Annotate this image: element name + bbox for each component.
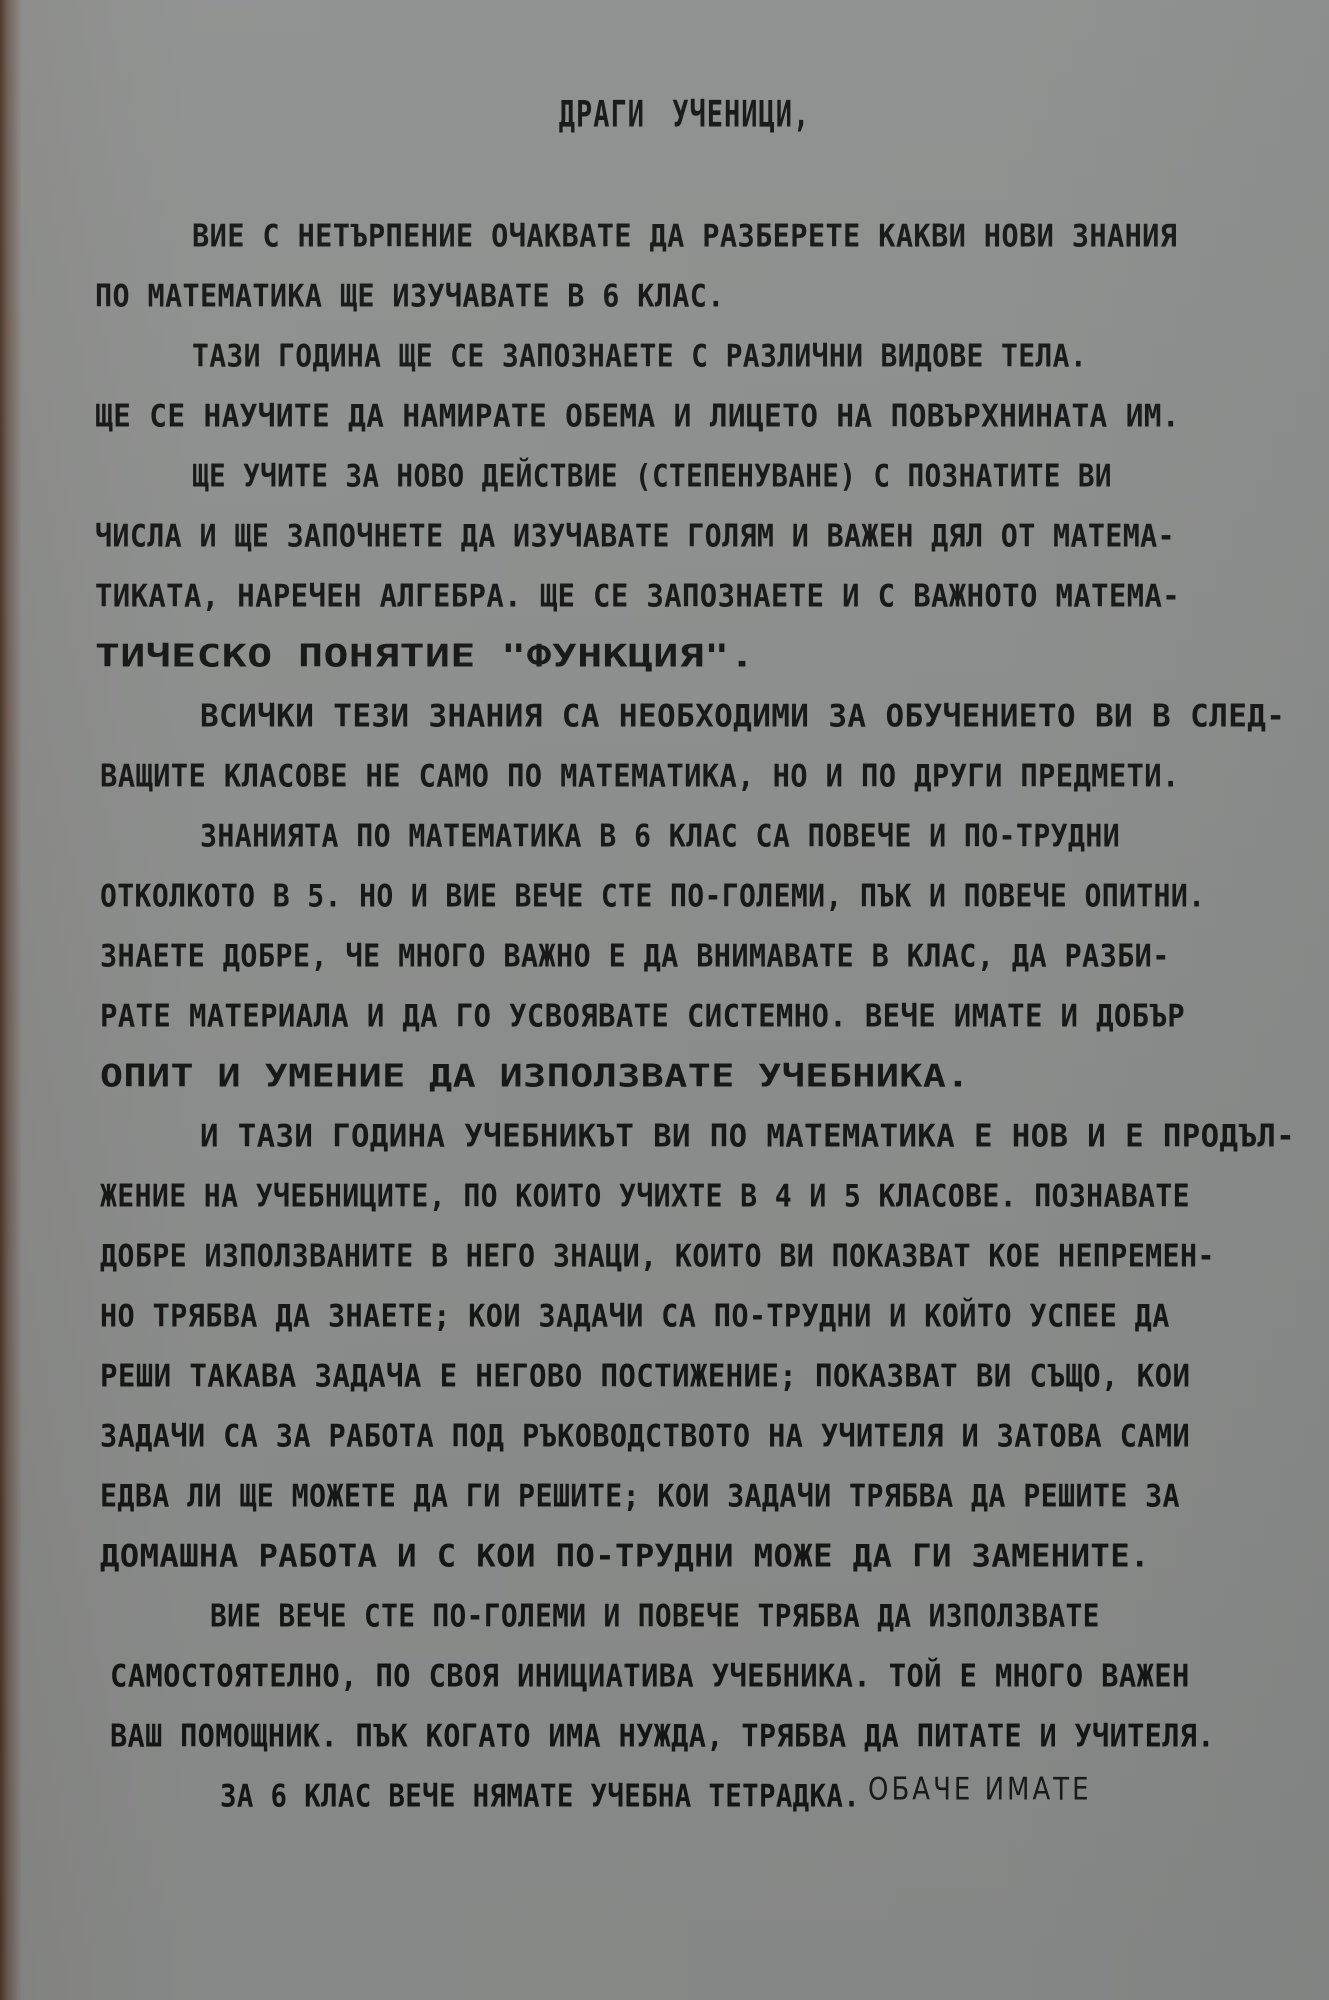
letter-title: ДРАГИ УЧЕНИЦИ, [0,94,1329,136]
text-line: ЧИСЛА И ЩЕ ЗАПОЧНЕТЕ ДА ИЗУЧАВАТЕ ГОЛЯМ … [95,518,1175,554]
text-line: ЗА 6 КЛАС ВЕЧЕ НЯМАТЕ УЧЕБНА ТЕТРАДКА. [220,1778,860,1814]
text-line: ПО МАТЕМАТИКА ЩЕ ИЗУЧАВАТЕ В 6 КЛАС. [95,278,725,314]
text-line: РАТЕ МАТЕРИАЛА И ДА ГО УСВОЯВАТЕ СИСТЕМН… [100,998,1185,1034]
text-line: САМОСТОЯТЕЛНО, ПО СВОЯ ИНИЦИАТИВА УЧЕБНИ… [110,1658,1190,1694]
text-line: ДОМАШНА РАБОТА И С КОИ ПО-ТРУДНИ МОЖЕ ДА… [100,1538,1150,1574]
text-line: ВАЩИТЕ КЛАСОВЕ НЕ САМО ПО МАТЕМАТИКА, НО… [100,758,1180,794]
text-line: ВИЕ С НЕТЪРПЕНИЕ ОЧАКВАТЕ ДА РАЗБЕРЕТЕ К… [192,218,1177,254]
text-line: НО ТРЯБВА ДА ЗНАЕТЕ; КОИ ЗАДАЧИ СА ПО-ТР… [100,1298,1170,1334]
text-line: ОПИТ И УМЕНИЕ ДА ИЗПОЛЗВАТЕ УЧЕБНИКА. [100,1058,970,1094]
scanned-page: ДРАГИ УЧЕНИЦИ, ВИЕ С НЕТЪРПЕНИЕ ОЧАКВАТЕ… [0,0,1329,2000]
text-line: ДОБРЕ ИЗПОЛЗВАНИТЕ В НЕГО ЗНАЦИ, КОИТО В… [100,1238,1215,1274]
text-line: И ТАЗИ ГОДИНА УЧЕБНИКЪТ ВИ ПО МАТЕМАТИКА… [200,1118,1295,1154]
text-line: ЗНАНИЯТА ПО МАТЕМАТИКА В 6 КЛАС СА ПОВЕЧ… [200,818,1120,854]
text-line: ТАЗИ ГОДИНА ЩЕ СЕ ЗАПОЗНАЕТЕ С РАЗЛИЧНИ … [192,338,1087,374]
text-line: ОТКОЛКОТО В 5. НО И ВИЕ ВЕЧЕ СТЕ ПО-ГОЛЕ… [100,878,1205,914]
text-line: ЗАДАЧИ СА ЗА РАБОТА ПОД РЪКОВОДСТВОТО НА… [100,1418,1190,1454]
handwritten-note: ОБАЧЕ ИМАТЕ [868,1772,1092,1808]
text-line: ЖЕНИЕ НА УЧЕБНИЦИТЕ, ПО КОИТО УЧИХТЕ В 4… [100,1178,1190,1214]
text-line: ВИЕ ВЕЧЕ СТЕ ПО-ГОЛЕМИ И ПОВЕЧЕ ТРЯБВА Д… [210,1598,1100,1634]
text-line: ЩЕ УЧИТЕ ЗА НОВО ДЕЙСТВИЕ (СТЕПЕНУВАНЕ) … [192,458,1112,494]
text-line: ЩЕ СЕ НАУЧИТЕ ДА НАМИРАТЕ ОБЕМА И ЛИЦЕТО… [95,398,1180,434]
text-line: РЕШИ ТАКАВА ЗАДАЧА Е НЕГОВО ПОСТИЖЕНИЕ; … [100,1358,1190,1394]
text-line: ЗНАЕТЕ ДОБРЕ, ЧЕ МНОГО ВАЖНО Е ДА ВНИМАВ… [100,938,1170,974]
text-line: ТИЧЕСКО ПОНЯТИЕ "ФУНКЦИЯ". [95,638,755,674]
text-line: ВАШ ПОМОЩНИК. ПЪК КОГАТО ИМА НУЖДА, ТРЯБ… [110,1718,1215,1754]
text-line: ТИКАТА, НАРЕЧЕН АЛГЕБРА. ЩЕ СЕ ЗАПОЗНАЕТ… [95,578,1180,614]
text-line: ВСИЧКИ ТЕЗИ ЗНАНИЯ СА НЕОБХОДИМИ ЗА ОБУЧ… [200,698,1285,734]
text-line: ЕДВА ЛИ ЩЕ МОЖЕТЕ ДА ГИ РЕШИТЕ; КОИ ЗАДА… [100,1478,1180,1514]
